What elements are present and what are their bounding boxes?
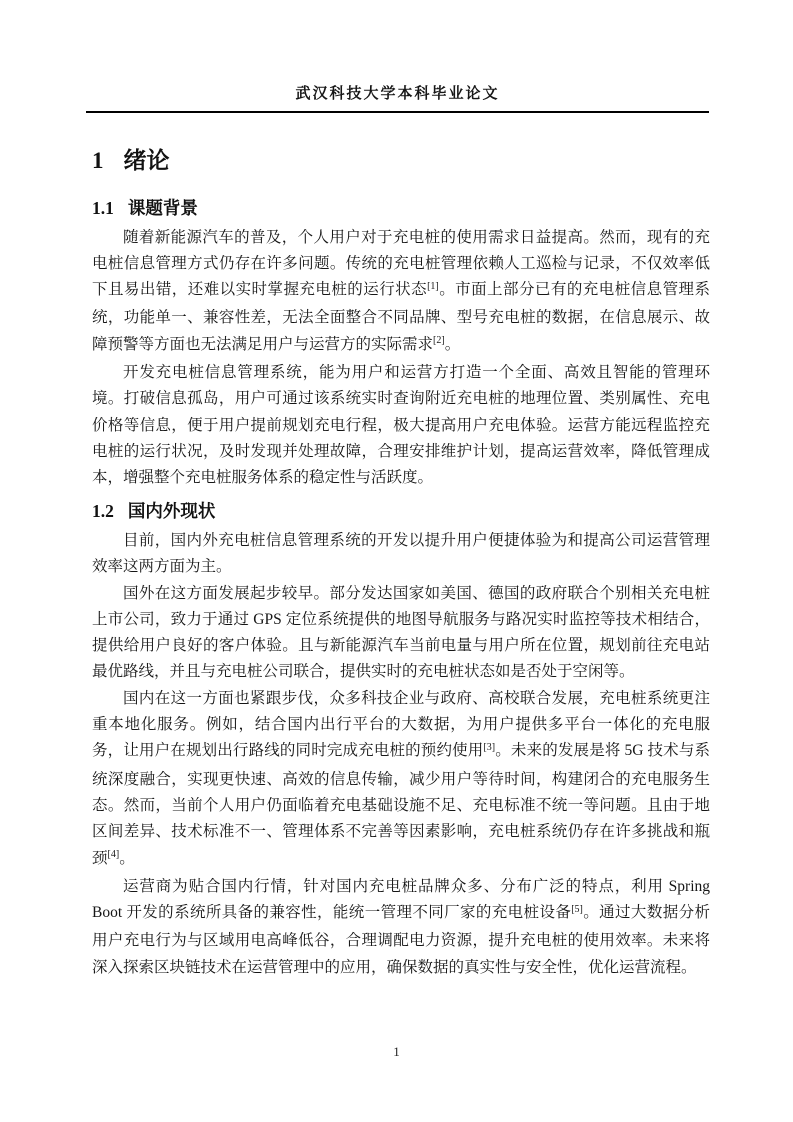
sections-container: 1.1课题背景随着新能源汽车的普及，个人用户对于充电桩的使用需求日益提高。然而，… xyxy=(92,200,710,981)
text-run: 。 xyxy=(445,336,461,353)
section-title: 课题背景 xyxy=(128,198,198,218)
citation-ref: [1] xyxy=(427,281,439,292)
body-paragraph: 开发充电桩信息管理系统，能为用户和运营方打造一个全面、高效且智能的管理环境。打破… xyxy=(92,360,710,491)
text-run: 目前，国内外充电桩信息管理系统的开发以提升用户便捷体验为和提高公司运营管理效率这… xyxy=(92,532,710,575)
body-paragraph: 随着新能源汽车的普及，个人用户对于充电桩的使用需求日益提高。然而，现有的充电桩信… xyxy=(92,225,710,360)
citation-ref: [3] xyxy=(483,742,495,753)
chapter-title: 绪论 xyxy=(124,147,170,173)
section-number: 1.2 xyxy=(92,501,114,521)
chapter-heading: 1绪论 xyxy=(92,149,710,172)
body-paragraph: 目前，国内外充电桩信息管理系统的开发以提升用户便捷体验为和提高公司运营管理效率这… xyxy=(92,528,710,581)
body-paragraph: 运营商为贴合国内行情，针对国内充电桩品牌众多、分布广泛的特点，利用 Spring… xyxy=(92,874,710,981)
document-body: 1绪论 1.1课题背景随着新能源汽车的普及，个人用户对于充电桩的使用需求日益提高… xyxy=(92,113,710,981)
section-title: 国内外现状 xyxy=(128,501,216,521)
text-run: 国外在这方面发展起步较早。部分发达国家如美国、德国的政府联合个别相关充电桩上市公… xyxy=(92,585,710,681)
section-number: 1.1 xyxy=(92,198,114,218)
citation-ref: [5] xyxy=(571,904,583,915)
text-run: 开发充电桩信息管理系统，能为用户和运营方打造一个全面、高效且智能的管理环境。打破… xyxy=(92,364,710,486)
body-paragraph: 国内在这一方面也紧跟步伐，众多科技企业与政府、高校联合发展，充电桩系统更注重本地… xyxy=(92,686,710,874)
page-footer: 1 xyxy=(0,1044,793,1060)
text-run: 。未来的发展是将 5G 技术与系统深度融合，实现更快速、高效的信息传输，减少用户… xyxy=(92,742,710,866)
page-number: 1 xyxy=(393,1044,400,1059)
running-header: 武汉科技大学本科毕业论文 xyxy=(86,0,709,113)
section-heading: 1.2国内外现状 xyxy=(92,503,710,521)
citation-ref: [4] xyxy=(108,849,120,860)
text-run: 。 xyxy=(119,850,135,867)
body-paragraph: 国外在这方面发展起步较早。部分发达国家如美国、德国的政府联合个别相关充电桩上市公… xyxy=(92,581,710,686)
chapter-number: 1 xyxy=(92,148,104,173)
thesis-page: 武汉科技大学本科毕业论文 1绪论 1.1课题背景随着新能源汽车的普及，个人用户对… xyxy=(0,0,793,1122)
header-title: 武汉科技大学本科毕业论文 xyxy=(86,82,709,103)
citation-ref: [2] xyxy=(433,335,445,346)
section-heading: 1.1课题背景 xyxy=(92,200,710,218)
